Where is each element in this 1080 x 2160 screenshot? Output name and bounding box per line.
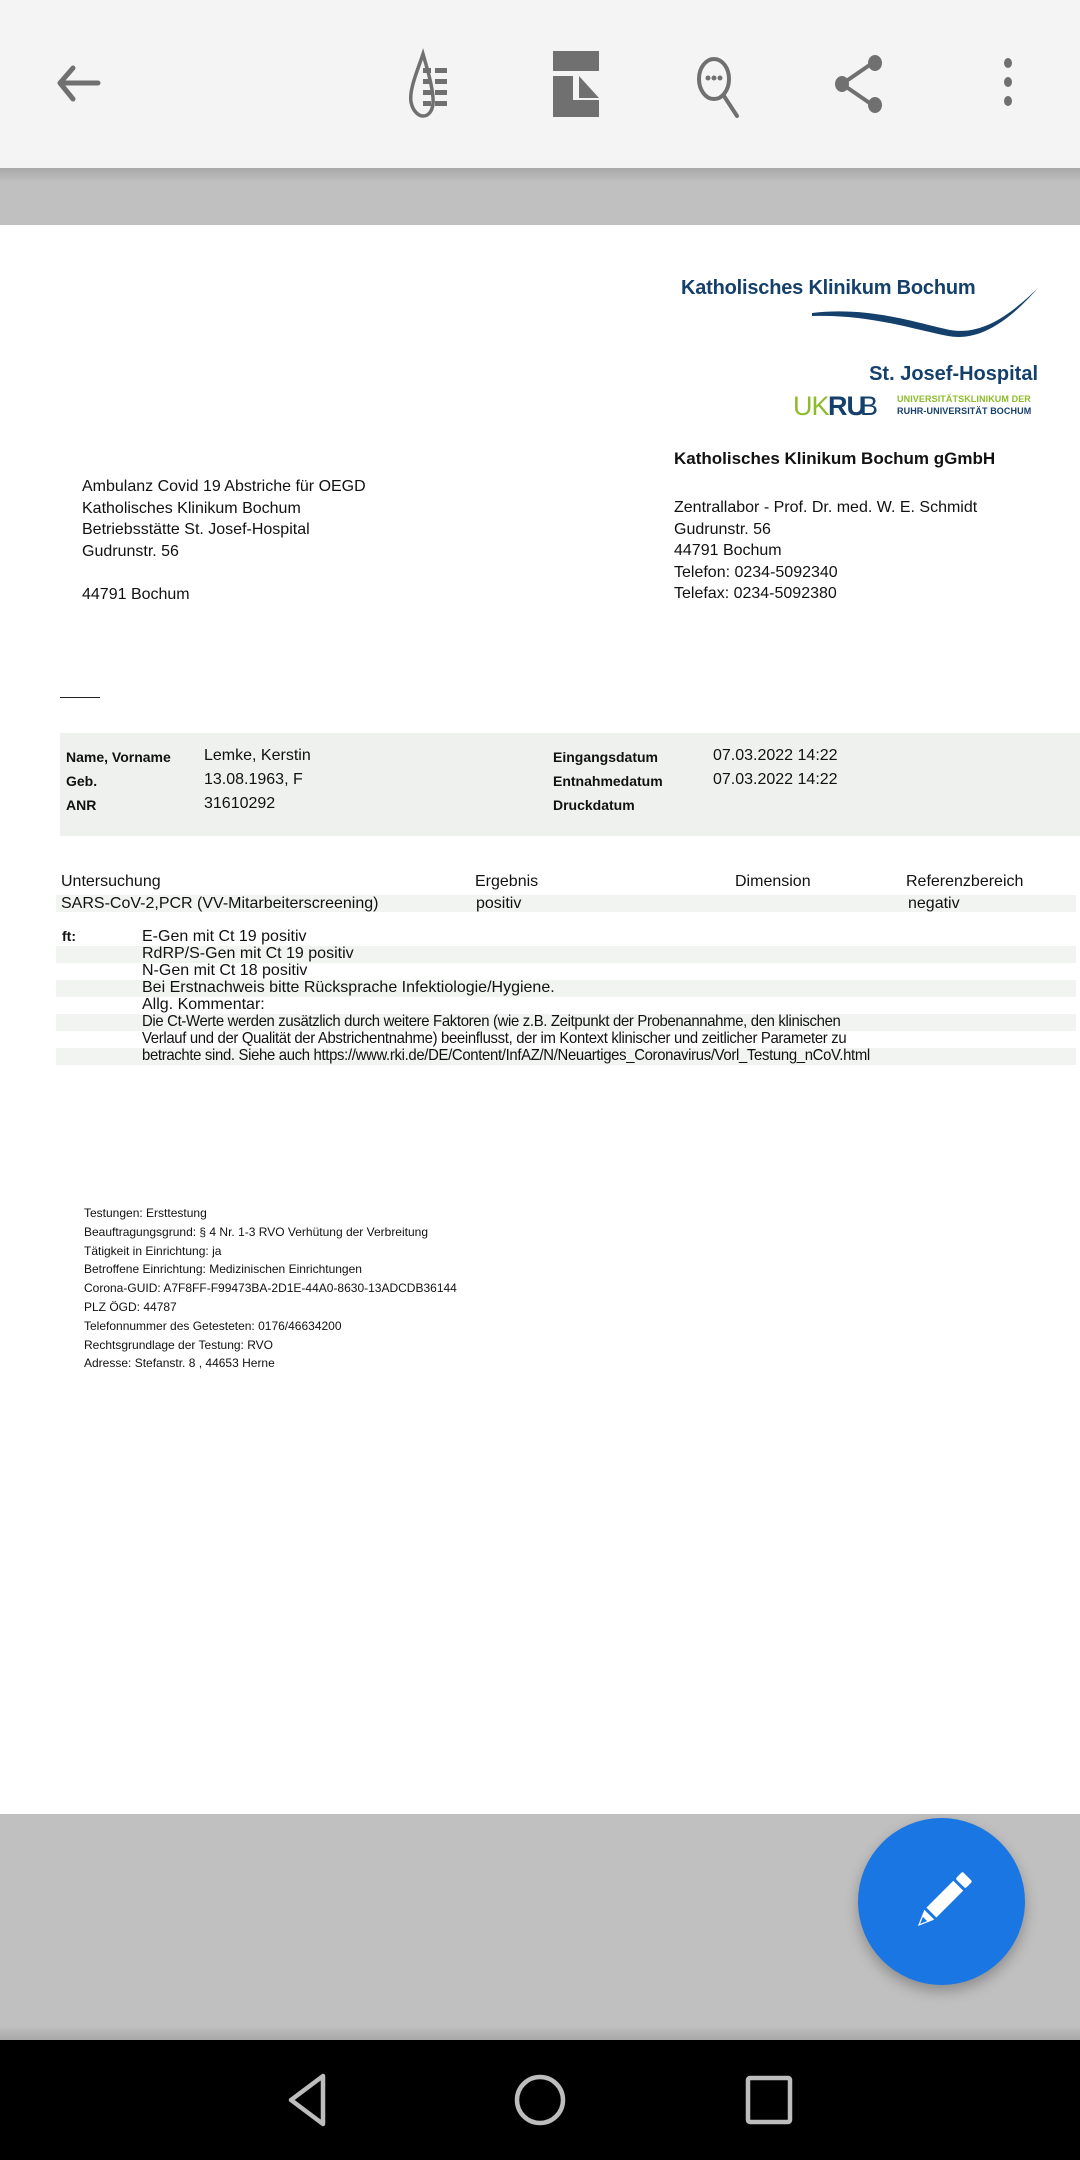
toolbar-shadow — [0, 168, 1080, 182]
page-layout-icon — [536, 44, 616, 124]
search-button[interactable] — [680, 44, 760, 124]
back-button[interactable] — [44, 44, 124, 124]
recipient-line: Gudrunstr. 56 — [82, 541, 366, 563]
result-value: positiv — [476, 895, 521, 912]
anr-label: ANR — [66, 797, 96, 813]
nav-home-button[interactable] — [502, 2062, 578, 2138]
footnotes: Testungen: Ersttestung Beauftragungsgrun… — [84, 1204, 457, 1373]
footnote-line: PLZ ÖGD: 44787 — [84, 1298, 457, 1317]
result-reference: negativ — [908, 895, 960, 912]
footnote-line: Rechtsgrundlage der Testung: RVO — [84, 1336, 457, 1355]
nav-home-icon — [510, 2070, 570, 2130]
footnote-line: Testungen: Ersttestung — [84, 1204, 457, 1223]
recipient-line — [82, 562, 366, 584]
sender-line: Telefon: 0234-5092340 — [674, 562, 977, 584]
header-unit: Dimension — [735, 873, 811, 891]
share-button[interactable] — [822, 44, 902, 124]
share-icon — [822, 44, 902, 124]
recipient-line: 44791 Bochum — [82, 584, 366, 606]
more-vert-icon — [968, 44, 1048, 124]
name-label: Name, Vorname — [66, 749, 171, 765]
comment-line: RdRP/S-Gen mit Ct 19 positiv — [142, 945, 354, 962]
logo-uk: UK — [793, 391, 829, 422]
app-toolbar — [0, 0, 1080, 168]
printed-label: Druckdatum — [553, 797, 635, 813]
sender-line: Zentrallabor - Prof. Dr. med. W. E. Schm… — [674, 497, 977, 519]
recipient-line: Ambulanz Covid 19 Abstriche für OEGD — [82, 476, 366, 498]
name-value: Lemke, Kerstin — [204, 747, 311, 765]
comment-line: Allg. Kommentar: — [142, 996, 265, 1013]
edit-fab-button[interactable] — [858, 1818, 1025, 1985]
logo-swoosh-icon — [800, 280, 1040, 340]
sender-line: Telefax: 0234-5092380 — [674, 583, 977, 605]
dob-value: 13.08.1963, F — [204, 771, 303, 789]
page-layout-button[interactable] — [536, 44, 616, 124]
logo-subtitle-2: RUHR-UNIVERSITÄT BOCHUM — [897, 406, 1031, 416]
anr-value: 31610292 — [204, 795, 275, 813]
separator-dash — [60, 697, 100, 698]
footnote-line: Tätigkeit in Einrichtung: ja — [84, 1242, 457, 1261]
footnote-line: Beauftragungsgrund: § 4 Nr. 1-3 RVO Verh… — [84, 1223, 457, 1242]
header-result: Ergebnis — [475, 873, 538, 891]
nav-back-icon — [279, 2070, 339, 2130]
sender-address: Zentrallabor - Prof. Dr. med. W. E. Schm… — [674, 497, 977, 605]
dob-label: Geb. — [66, 773, 97, 789]
footnote-line: Corona-GUID: A7F8FF-F99473BA-2D1E-44A0-8… — [84, 1279, 457, 1298]
reader-mode-icon — [393, 44, 473, 124]
pencil-edit-icon — [902, 1862, 982, 1942]
recipient-line: Katholisches Klinikum Bochum — [82, 498, 366, 520]
nav-back-button[interactable] — [271, 2062, 347, 2138]
received-value: 07.03.2022 14:22 — [713, 747, 838, 765]
comment-line: Verlauf und der Qualität der Abstrichent… — [142, 1030, 846, 1047]
sender-title: Katholisches Klinikum Bochum gGmbH — [674, 449, 995, 469]
header-reference: Referenzbereich — [906, 873, 1023, 891]
arrow-left-icon — [44, 44, 124, 124]
system-nav-bar — [0, 2040, 1080, 2160]
footnote-line: Betroffene Einrichtung: Medizinischen Ei… — [84, 1260, 457, 1279]
reader-mode-button[interactable] — [393, 44, 473, 124]
search-text-icon — [680, 44, 760, 124]
recipient-address: Ambulanz Covid 19 Abstriche für OEGD Kat… — [82, 476, 366, 605]
recipient-line: Betriebsstätte St. Josef-Hospital — [82, 519, 366, 541]
logo-b: B — [860, 391, 878, 422]
comment-line: N-Gen mit Ct 18 positiv — [142, 962, 307, 979]
logo-hospital-name: St. Josef-Hospital — [869, 363, 1038, 386]
comment-line[interactable]: betrachte sind. Siehe auch https://www.r… — [142, 1047, 870, 1064]
comment-line: E-Gen mit Ct 19 positiv — [142, 928, 307, 945]
logo-subtitle-1: UNIVERSITÄTSKLINIKUM DER — [897, 394, 1031, 404]
sender-line: 44791 Bochum — [674, 540, 977, 562]
sampled-label: Entnahmedatum — [553, 773, 663, 789]
comment-line: Bei Erstnachweis bitte Rücksprache Infek… — [142, 979, 555, 996]
footnote-line: Telefonnummer des Getesteten: 0176/46634… — [84, 1317, 457, 1336]
footnote-line: Adresse: Stefanstr. 8 , 44653 Herne — [84, 1354, 457, 1373]
document-page[interactable]: Katholisches Klinikum Bochum St. Josef-H… — [0, 225, 1080, 1814]
nav-recents-button[interactable] — [731, 2062, 807, 2138]
received-label: Eingangsdatum — [553, 749, 658, 765]
more-options-button[interactable] — [968, 44, 1048, 124]
nav-recents-icon — [739, 2070, 799, 2130]
header-test: Untersuchung — [61, 873, 161, 891]
result-test: SARS-CoV-2,PCR (VV-Mitarbeiterscreening) — [61, 895, 378, 912]
comment-line: Die Ct-Werte werden zusätzlich durch wei… — [142, 1013, 841, 1030]
sampled-value: 07.03.2022 14:22 — [713, 771, 838, 789]
ft-label: ft: — [62, 928, 76, 944]
navbar-shadow — [0, 2026, 1080, 2040]
sender-line: Gudrunstr. 56 — [674, 519, 977, 541]
